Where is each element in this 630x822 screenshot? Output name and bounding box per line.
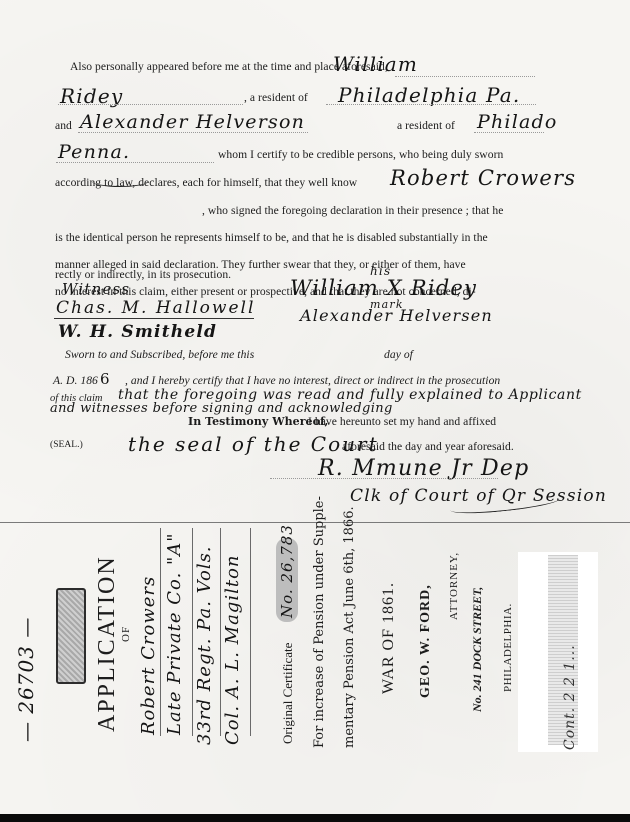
application-title: APPLICATION (94, 555, 121, 732)
document-page: Also personally appeared before me at th… (0, 0, 630, 814)
name-rule (220, 528, 221, 736)
applicant-name: Robert Crowers (390, 166, 576, 190)
signature-underline (54, 318, 254, 319)
of-label: OF (120, 626, 132, 642)
ad-year-digit: 6 (100, 370, 111, 388)
witness-signature-2: W. H. Smitheld (58, 322, 217, 342)
dotted-line (78, 132, 308, 133)
increase-line-1: For increase of Pension under Supple- (312, 496, 327, 748)
affidavit-line-3: a resident of (397, 119, 455, 132)
unit-line-2: 33rd Regt. Pa. Vols. (194, 545, 215, 745)
witness-signature-1: Chas. M. Hallowell (56, 298, 255, 318)
name-rule (192, 528, 193, 736)
original-certificate-label: Original Certificate (280, 643, 296, 744)
affidavit-line-7: is the identical person he represents hi… (55, 231, 488, 244)
scan-border (0, 814, 630, 822)
name-rule (160, 528, 161, 736)
attorney-name: GEO. W. FORD, (418, 584, 434, 698)
dotted-line (474, 132, 544, 133)
signer-1-signature: William X Ridey (290, 276, 477, 300)
attorney-city: PHILADELPHIA. (502, 603, 514, 692)
certify-text: , and I hereby certify that I have no in… (125, 374, 500, 387)
margin-note: Cont. 2 2 1... (562, 644, 578, 750)
affidavit-line-4: whom I certify to be credible persons, w… (218, 148, 503, 161)
signer-2-signature: Alexander Helversen (300, 306, 493, 325)
and-label: and (55, 119, 72, 132)
witness1-first-name: William (333, 52, 418, 76)
attorney-title: ATTORNEY, (448, 552, 460, 620)
ad-prefix: A. D. 186 (53, 374, 98, 387)
name-rule (250, 528, 251, 736)
affidavit-line-6: , who signed the foregoing declaration i… (202, 204, 503, 217)
day-of-text: day of (384, 348, 413, 361)
attorney-address: No. 241 DOCK STREET, (470, 587, 485, 712)
unit-line-1: Late Private Co. "A" (164, 532, 185, 735)
seal-label: (SEAL.) (50, 440, 83, 450)
witness-label: Witness (62, 280, 130, 298)
unit-line-3: Col. A. L. Magilton (222, 554, 243, 745)
witness2-name: Alexander Helverson (80, 111, 305, 133)
increase-line-2: mentary Pension Act June 6th, 1866. (342, 506, 357, 748)
applicant-hand: Robert Crowers (138, 576, 159, 735)
dotted-line (56, 162, 214, 163)
handwritten-dash (92, 176, 148, 187)
ribbon-seal-icon (56, 588, 86, 684)
claim-handwritten-2: and witnesses before signing and acknowl… (50, 401, 393, 416)
certificate-number: No. 26,783 (278, 524, 296, 618)
witness2-residence-b: Penna. (58, 141, 130, 163)
dotted-line (58, 104, 243, 105)
seal-rest: aforesaid the day and year aforesaid. (342, 440, 514, 453)
testimony-rest: I have hereunto set my hand and affixed (308, 415, 496, 428)
sworn-text: Sworn to and Subscribed, before me this (65, 348, 254, 361)
file-number: — 26703 — (14, 617, 38, 742)
dotted-line (326, 104, 536, 105)
witness2-residence-a: Philado (477, 111, 558, 133)
war-label: WAR OF 1861. (380, 582, 398, 694)
dotted-line (395, 76, 535, 77)
affidavit-line-2: , a resident of (244, 91, 308, 104)
dotted-line (270, 478, 498, 479)
